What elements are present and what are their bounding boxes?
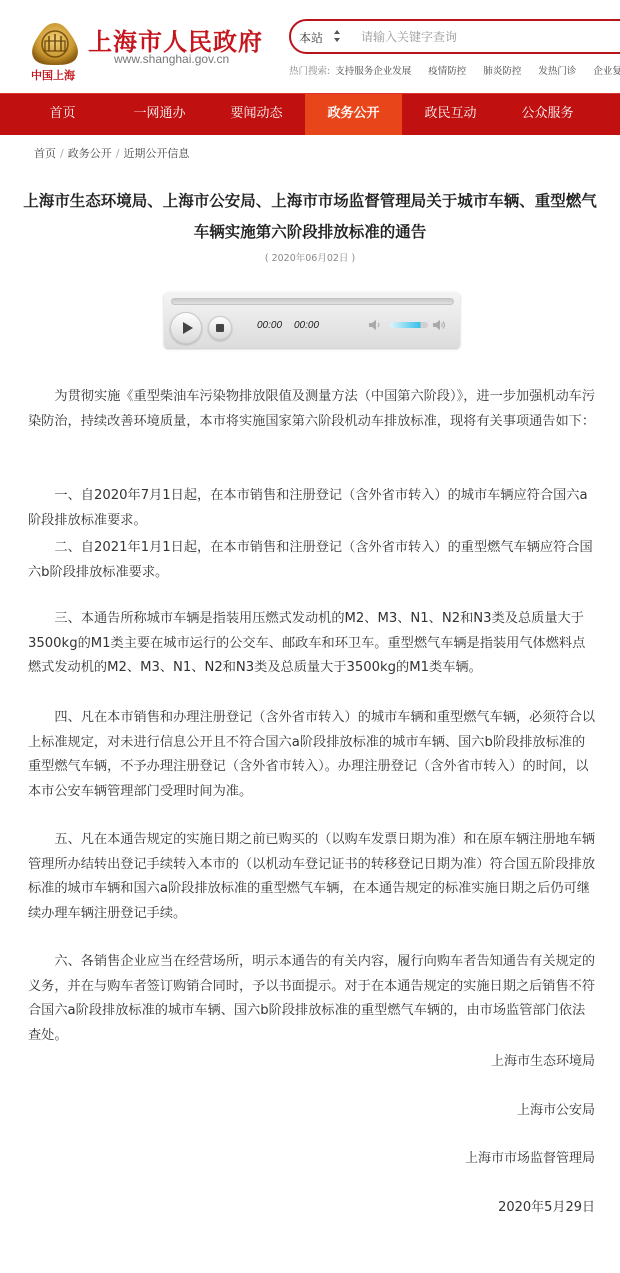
search-scope-select[interactable]: 本站 [299, 29, 323, 46]
hot-search-link[interactable]: 肺炎防控 [483, 66, 521, 77]
nav-item-online-services[interactable]: 一网通办 [111, 94, 208, 135]
hot-search-link[interactable]: 企业复 [593, 66, 620, 77]
emblem-caption: 中国上海 [31, 67, 75, 83]
up-down-arrow-icon[interactable] [333, 28, 341, 44]
volume-max-icon[interactable] [432, 318, 446, 332]
play-button[interactable] [170, 312, 202, 344]
volume-mute-icon[interactable] [368, 318, 382, 332]
article-paragraph: 三、本通告所称城市车辆是指装用压燃式发动机的M2、M3、N1、N2和N3类及总质… [28, 607, 596, 681]
article-paragraph: 为贯彻实施《重型柴油车污染物排放限值及测量方法（中国第六阶段）》，进一步加强机动… [28, 385, 596, 434]
nav-item-interaction[interactable]: 政民互动 [402, 94, 499, 135]
signature-date: 2020年5月29日 [498, 1196, 595, 1215]
breadcrumb-government-affairs[interactable]: 政务公开 [68, 147, 112, 160]
nav-item-news[interactable]: 要闻动态 [208, 94, 305, 135]
hot-search: 热门搜索: 支持服务企业发展 疫情防控 肺炎防控 发热门诊 企业复 [289, 63, 620, 77]
publish-date: ( 2020年06月02日 ) [0, 250, 620, 264]
breadcrumb-recent-info[interactable]: 近期公开信息 [123, 147, 189, 160]
article-paragraph: 一、自2020年7月1日起，在本市销售和注册登记（含外省市转入）的城市车辆应符合… [28, 484, 596, 533]
article-paragraph: 四、凡在本市销售和办理注册登记（含外省市转入）的城市车辆和重型燃气车辆，必须符合… [28, 706, 596, 804]
nav-item-public-services[interactable]: 公众服务 [499, 94, 596, 135]
site-header: 中国上海 上海市人民政府 www.shanghai.gov.cn 本站 热门搜索… [0, 0, 620, 93]
volume-slider[interactable] [390, 322, 428, 328]
nav-item-explore[interactable]: 走进 [596, 94, 620, 135]
article-paragraph: 二、自2021年1月1日起，在本市销售和注册登记（含外省市转入）的重型燃气车辆应… [28, 536, 596, 585]
nav-item-government-affairs[interactable]: 政务公开 [305, 94, 402, 135]
breadcrumb-separator: / [116, 147, 120, 160]
search-box: 本站 [289, 19, 620, 54]
article-paragraph: 五、凡在本通告规定的实施日期之前已购买的（以购车发票日期为准）和在原车辆注册地车… [28, 828, 596, 926]
audio-progress-bar[interactable] [171, 298, 454, 305]
current-time: 00:00 [257, 320, 282, 331]
signature-public-security-bureau: 上海市公安局 [517, 1099, 595, 1118]
main-nav: 首页 一网通办 要闻动态 政务公开 政民互动 公众服务 走进 [0, 93, 620, 135]
audio-player: 00:00 00:00 [164, 292, 460, 348]
signature-market-regulation-bureau: 上海市市场监督管理局 [465, 1147, 595, 1166]
hot-search-link[interactable]: 支持服务企业发展 [335, 66, 411, 77]
site-url: www.shanghai.gov.cn [114, 52, 229, 66]
duration: 00:00 [294, 320, 319, 331]
stop-button[interactable] [208, 316, 232, 340]
hot-search-link[interactable]: 发热门诊 [538, 66, 576, 77]
article-title: 上海市生态环境局、上海市公安局、上海市市场监督管理局关于城市车辆、重型燃气车辆实… [20, 186, 600, 248]
shanghai-emblem-icon[interactable] [30, 22, 80, 66]
hot-search-label: 热门搜索: [289, 66, 330, 77]
nav-item-home[interactable]: 首页 [14, 94, 111, 135]
breadcrumb: 首页/政务公开/近期公开信息 [34, 145, 189, 161]
signature-ecology-bureau: 上海市生态环境局 [491, 1050, 595, 1069]
article-paragraph: 六、各销售企业应当在经营场所，明示本通告的有关内容，履行向购车者告知通告有关规定… [28, 950, 596, 1048]
search-input[interactable] [361, 27, 620, 47]
breadcrumb-home[interactable]: 首页 [34, 147, 56, 160]
hot-search-link[interactable]: 疫情防控 [428, 66, 466, 77]
breadcrumb-separator: / [60, 147, 64, 160]
